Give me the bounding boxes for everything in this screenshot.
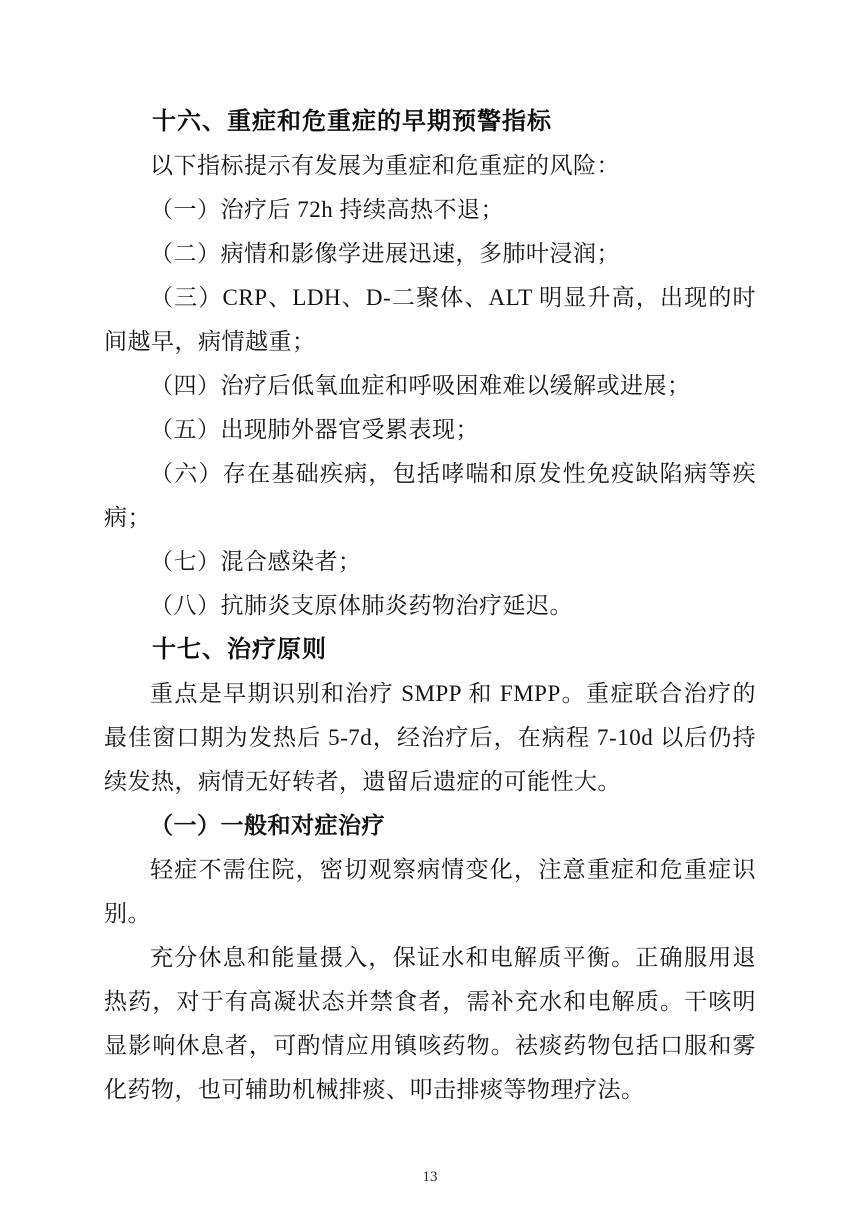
paragraph-treatment-overview: 重点是早期识别和治疗 SMPP 和 FMPP。重症联合治疗的最佳窗口期为发热后 … bbox=[104, 672, 756, 804]
indicator-item-7: （七）混合感染者； bbox=[104, 540, 756, 584]
indicator-item-2: （二）病情和影像学进展迅速，多肺叶浸润； bbox=[104, 232, 756, 276]
indicator-item-5: （五）出现肺外器官受累表现； bbox=[104, 408, 756, 452]
page-number: 13 bbox=[0, 1169, 860, 1186]
paragraph-mild-cases: 轻症不需住院，密切观察病情变化，注意重症和危重症识别。 bbox=[104, 848, 756, 936]
section-heading-17: 十七、治疗原则 bbox=[104, 628, 756, 672]
indicator-item-6: （六）存在基础疾病，包括哮喘和原发性免疫缺陷病等疾病； bbox=[104, 452, 756, 540]
indicator-item-3: （三）CRP、LDH、D-二聚体、ALT 明显升高，出现的时间越早，病情越重； bbox=[104, 276, 756, 364]
indicator-item-4: （四）治疗后低氧血症和呼吸困难难以缓解或进展； bbox=[104, 364, 756, 408]
document-page: 十六、重症和危重症的早期预警指标 以下指标提示有发展为重症和危重症的风险： （一… bbox=[0, 0, 860, 1216]
document-content: 十六、重症和危重症的早期预警指标 以下指标提示有发展为重症和危重症的风险： （一… bbox=[104, 100, 756, 1112]
indicator-item-8: （八）抗肺炎支原体肺炎药物治疗延迟。 bbox=[104, 584, 756, 628]
indicator-item-1: （一）治疗后 72h 持续高热不退； bbox=[104, 188, 756, 232]
paragraph-supportive-care: 充分休息和能量摄入，保证水和电解质平衡。正确服用退热药，对于有高凝状态并禁食者，… bbox=[104, 936, 756, 1112]
subheading-general-treatment: （一）一般和对症治疗 bbox=[104, 804, 756, 848]
section-heading-16: 十六、重症和危重症的早期预警指标 bbox=[104, 100, 756, 144]
paragraph-intro: 以下指标提示有发展为重症和危重症的风险： bbox=[104, 144, 756, 188]
